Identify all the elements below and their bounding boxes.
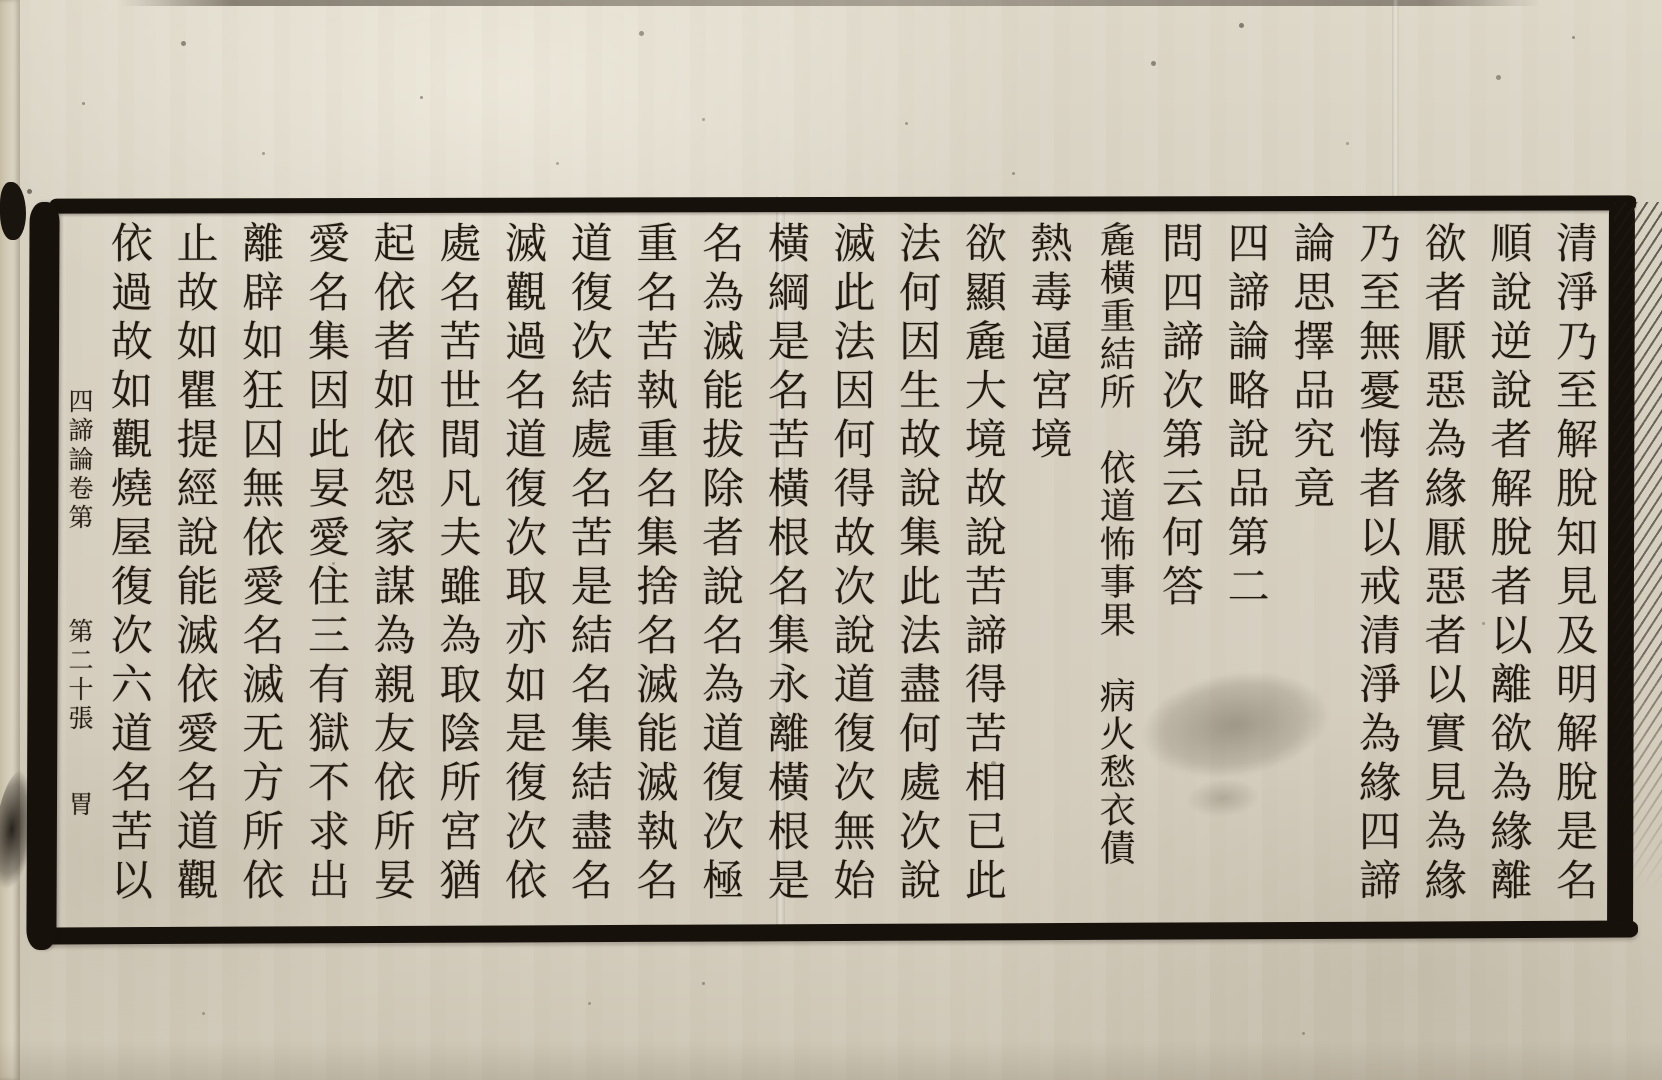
text-column-5-chapter-end: 論思擇品究竟 [1279, 221, 1345, 921]
manuscript-page: 清淨乃至解脫知見及明解脫是名 順說逆說者解脫者以離欲為緣離 欲者厭惡為緣厭惡者以… [0, 0, 1662, 1080]
text-block: 清淨乃至解脫知見及明解脫是名 順說逆說者解脫者以離欲為緣離 欲者厭惡為緣厭惡者以… [95, 221, 1607, 921]
text-column-22: 止故如瞿提經說能滅依愛名道觀 [162, 221, 228, 921]
text-column-18: 處名苦世間凡夫雖為取陰所宮猶 [425, 221, 491, 921]
text-column-8-verse: 麁橫重結所 依道怖事果 病火愁衣債 [1082, 221, 1148, 921]
paper-crease [1392, 0, 1399, 200]
text-column-10: 欲顯麁大境故說苦諦得苦相已此 [950, 221, 1016, 921]
ink-blob-top-left [0, 182, 26, 240]
text-column-13: 橫綱是名苦橫根名集永離橫根是 [753, 221, 819, 921]
text-column-9-verse: 熱毒逼宮境 [1016, 221, 1082, 921]
text-column-12: 滅此法因何得故次說道復次無始 [819, 221, 885, 921]
case-mark: 胃 [65, 791, 94, 820]
margin-colophon: 四諦論卷第 第二十張 胃 [62, 388, 96, 928]
text-column-3: 欲者厭惡為緣厭惡者以實見為緣 [1410, 221, 1476, 921]
text-column-17: 滅觀過名道復次取亦如是復次依 [490, 221, 556, 921]
page-top-edge [120, 0, 1540, 6]
text-column-20: 愛名集因此妟愛住三有獄不求出 [293, 221, 359, 921]
ink-smudge-stain-small [1187, 778, 1259, 819]
frame-border-top [50, 195, 1636, 213]
page-edge-hatching [1614, 202, 1662, 890]
text-column-11: 法何因生故說集此法盡何處次說 [884, 221, 950, 921]
ink-specks [0, 0, 3, 3]
sheet-number-label: 第二十張 [65, 618, 94, 734]
text-column-19: 起依者如依怨家謀為親友依所妟 [359, 221, 425, 921]
text-column-1: 清淨乃至解脫知見及明解脫是名 [1541, 221, 1607, 921]
bottom-edge-shadow [0, 1040, 1662, 1080]
text-column-14: 名為滅能拔除者說名為道復次極 [687, 221, 753, 921]
frame-border-bottom [44, 921, 1638, 945]
volume-label: 四諦論卷第 [65, 388, 94, 533]
text-column-21: 離辟如狂囚無依愛名滅无方所依 [228, 221, 294, 921]
text-column-2: 順說逆說者解脫者以離欲為緣離 [1476, 221, 1542, 921]
text-column-4: 乃至無憂悔者以戒清淨為緣四諦 [1344, 221, 1410, 921]
text-column-23: 依過故如觀燒屋復次六道名苦以 [96, 221, 162, 921]
text-column-15: 重名苦執重名集捨名滅能滅執名 [622, 221, 688, 921]
text-column-16: 道復次結處名苦是結名集結盡名 [556, 221, 622, 921]
